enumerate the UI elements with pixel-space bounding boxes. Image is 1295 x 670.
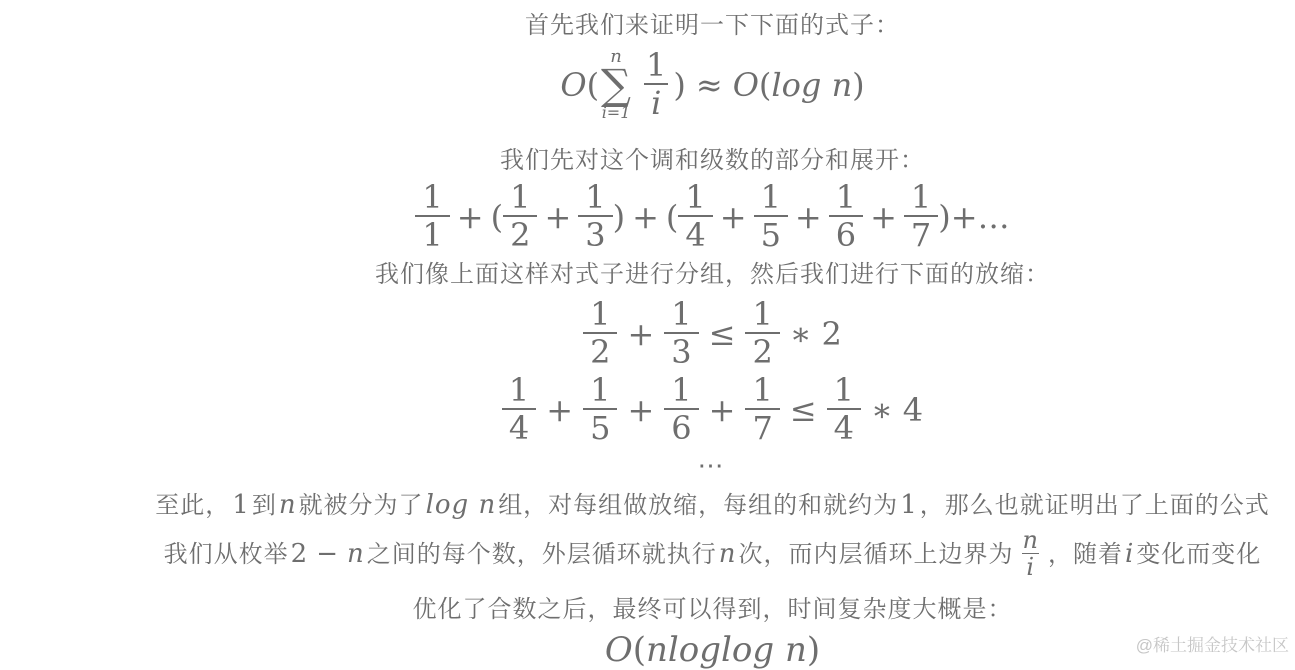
leq-operator: ≤ [790, 394, 817, 426]
numerator: 1 [639, 53, 673, 83]
denominator: 4 [827, 408, 861, 441]
nloglogn-term: nloglog n [646, 633, 807, 667]
formula-harmonic-bigo: O ( n ∑ i=1 1 i ) ≈ O ( log n ) [130, 48, 1295, 121]
fraction: 1 6 [829, 185, 863, 248]
close-paren-rhs: ) [852, 69, 864, 101]
fraction: 1 4 [827, 378, 861, 441]
plus-operator: + [951, 201, 978, 233]
numerator: 1 [583, 378, 617, 408]
math-var-n: n [279, 490, 297, 520]
factor: 4 [903, 394, 923, 426]
fraction: 1 3 [578, 185, 612, 248]
fraction: 1 7 [745, 378, 779, 441]
leq-operator: ≤ [709, 318, 736, 350]
math-var-i: i [1125, 541, 1134, 567]
watermark: @稀土掘金技术社区 [1136, 631, 1289, 656]
plus-operator: + [632, 201, 659, 233]
plus-operator: + [870, 201, 897, 233]
loop-analysis-paragraph: 我们从枚举 2 − n 之间的每个数，外层循环就执行 n 次，而内层循环上边界为… [130, 531, 1295, 577]
math-number: 2 [291, 541, 309, 567]
formula-time-complexity: O ( nloglog n ) [130, 633, 1295, 667]
formula-bound-group4: 1 4 + 1 5 + 1 6 + 1 7 ≤ 1 4 ∗ [130, 378, 1295, 441]
text-segment: 变化而变化 [1136, 541, 1261, 567]
plus-operator: + [546, 394, 573, 426]
denominator: 3 [578, 215, 612, 248]
text-segment: 我们从枚举 [164, 541, 289, 567]
denominator: 1 [415, 215, 449, 248]
plus-operator: + [720, 201, 747, 233]
fraction: 1 2 [745, 302, 779, 365]
ellipsis-dots: ⋯ [130, 459, 1295, 473]
conclusion-paragraph: 至此，1到n就被分为了log n组，对每组做放缩，每组的和就约为1，那么也就证明… [130, 492, 1295, 518]
open-paren: ( [491, 201, 503, 233]
close-paren: ) [613, 201, 625, 233]
plus-operator: + [544, 201, 571, 233]
denominator: 7 [904, 215, 938, 248]
intro-line: 首先我们来证明一下下面的式子： [130, 12, 1295, 38]
sigma-symbol: ∑ [601, 66, 631, 104]
open-paren: ( [587, 69, 599, 101]
numerator: 1 [415, 185, 449, 215]
denominator: 5 [583, 408, 617, 441]
close-paren: ) [807, 633, 820, 667]
fraction: 1 7 [904, 185, 938, 248]
denominator: 2 [745, 332, 779, 365]
math-var-n: n [347, 541, 365, 567]
fraction: 1 5 [754, 185, 788, 248]
fraction: 1 1 [415, 185, 449, 248]
fraction: 1 4 [502, 378, 536, 441]
plus-operator: + [795, 201, 822, 233]
sum-lower-limit: i=1 [602, 104, 631, 122]
denominator: 6 [829, 215, 863, 248]
denominator: 2 [583, 332, 617, 365]
denominator: i [1022, 553, 1039, 577]
text-segment: 就被分为了 [299, 491, 424, 519]
open-paren-rhs: ( [759, 69, 771, 101]
fraction-one-over-i: 1 i [639, 53, 673, 116]
formula-bound-group2: 1 2 + 1 3 ≤ 1 2 ∗ 2 [130, 302, 1295, 365]
close-paren: ) [938, 201, 950, 233]
numerator: 1 [745, 302, 779, 332]
text-segment: 次，而内层循环上边界为 [739, 541, 1014, 567]
numerator: 1 [745, 378, 779, 408]
text-segment: 组，对每组做放缩，每组的和就约为 [498, 491, 898, 519]
formula-harmonic-expansion: 1 1 + ( 1 2 + 1 3 ) + ( 1 4 + 1 [130, 185, 1295, 248]
text-segment: 之间的每个数，外层循环就执行 [367, 541, 717, 567]
numerator: n [1019, 531, 1043, 553]
denominator: 5 [754, 215, 788, 248]
denominator: i [644, 83, 668, 116]
plus-operator: + [457, 201, 484, 233]
summation-block: n ∑ i=1 [601, 48, 631, 121]
fraction-n-over-i: n i [1019, 531, 1043, 577]
open-paren: ( [666, 201, 678, 233]
fraction: 1 2 [503, 185, 537, 248]
math-var-n: n [719, 541, 737, 567]
final-note-line: 优化了合数之后，最终可以得到，时间复杂度大概是： [130, 596, 1295, 622]
open-paren: ( [633, 633, 646, 667]
text-segment: ，那么也就证明出了上面的公式 [920, 491, 1270, 519]
denominator: 4 [678, 215, 712, 248]
text-segment: 到 [252, 491, 277, 519]
denominator: 7 [745, 408, 779, 441]
text-segment: ，随着 [1048, 541, 1123, 567]
math-log-n: log n [426, 490, 497, 520]
numerator: 1 [678, 185, 712, 215]
plus-operator: + [709, 394, 736, 426]
numerator: 1 [827, 378, 861, 408]
numerator: 1 [904, 185, 938, 215]
big-o-rhs: O [733, 69, 759, 101]
text-segment: 至此， [155, 491, 230, 519]
denominator: 6 [664, 408, 698, 441]
numerator: 1 [503, 185, 537, 215]
numerator: 1 [664, 302, 698, 332]
math-number: 1 [900, 490, 918, 520]
denominator: 3 [664, 332, 698, 365]
denominator: 2 [503, 215, 537, 248]
group-note-line: 我们像上面这样对式子进行分组，然后我们进行下面的放缩： [130, 261, 1295, 287]
ellipsis: … [978, 201, 1010, 233]
fraction: 1 2 [583, 302, 617, 365]
asterisk-operator: ∗ [790, 318, 812, 350]
numerator: 1 [754, 185, 788, 215]
approx-operator: ≈ [696, 69, 723, 101]
fraction: 1 4 [678, 185, 712, 248]
log-n-term: log n [771, 69, 852, 101]
article-page: 首先我们来证明一下下面的式子： O ( n ∑ i=1 1 i ) ≈ O ( … [0, 0, 1295, 670]
plus-operator: + [627, 394, 654, 426]
plus-operator: + [627, 318, 654, 350]
fraction: 1 5 [583, 378, 617, 441]
numerator: 1 [664, 378, 698, 408]
numerator: 1 [829, 185, 863, 215]
asterisk-operator: ∗ [871, 394, 893, 426]
numerator: 1 [502, 378, 536, 408]
factor: 2 [822, 318, 842, 350]
fraction: 1 6 [664, 378, 698, 441]
big-o: O [605, 633, 633, 667]
close-paren: ) [673, 69, 685, 101]
fraction: 1 3 [664, 302, 698, 365]
denominator: 4 [502, 408, 536, 441]
numerator: 1 [578, 185, 612, 215]
numerator: 1 [583, 302, 617, 332]
expand-note-line: 我们先对这个调和级数的部分和展开： [130, 147, 1295, 173]
math-number: 1 [232, 490, 250, 520]
big-o: O [560, 69, 586, 101]
minus-operator: − [316, 541, 339, 567]
article-content: 首先我们来证明一下下面的式子： O ( n ∑ i=1 1 i ) ≈ O ( … [0, 0, 1295, 667]
